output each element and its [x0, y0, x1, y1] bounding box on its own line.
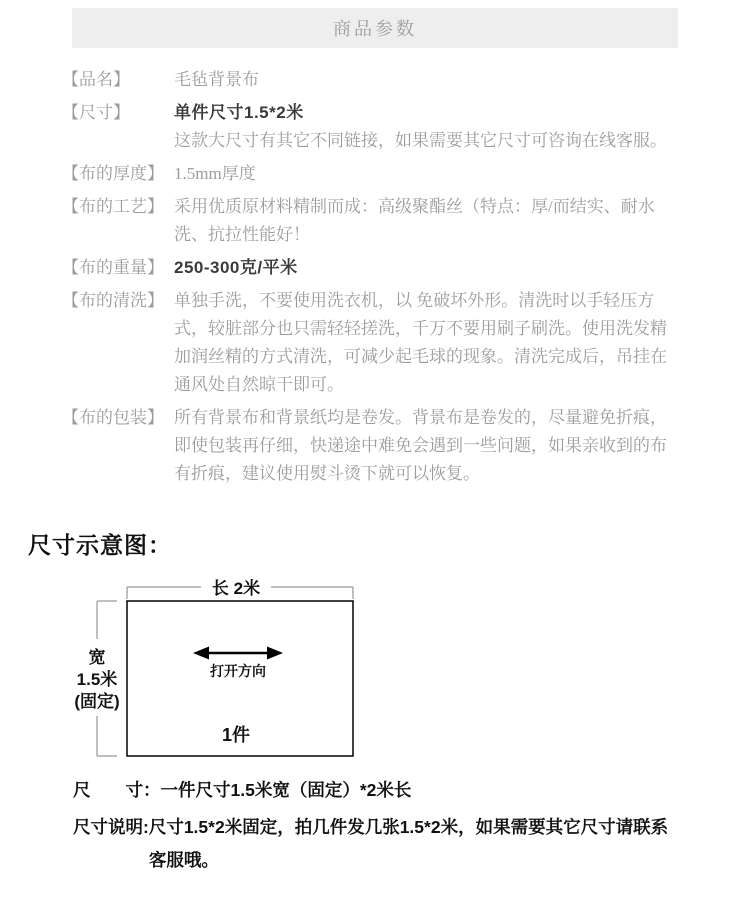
param-row-size: 【尺寸】 单件尺寸1.5*2米 这款大尺寸有其它不同链接，如果需要其它尺寸可咨询… [62, 99, 680, 155]
param-row-weight: 【布的重量】 250-300克/平米 [62, 254, 680, 282]
param-label: 【布的工艺】 [62, 193, 174, 221]
product-params-header: 商品参数 [72, 8, 678, 48]
param-row-washing: 【布的清洗】 单独手洗，不要使用洗衣机，以 免破坏外形。清洗时以手轻压方式，较脏… [62, 287, 680, 399]
param-row-packaging: 【布的包装】 所有背景布和背景纸均是卷发。背景布是卷发的，尽量避免折痕，即使包装… [62, 404, 680, 488]
size-summary-line: 尺 寸： 一件尺寸1.5米宽（固定）*2米长 [73, 776, 698, 804]
width-label-line3: (固定) [74, 691, 119, 711]
param-value: 1.5mm厚度 [174, 160, 680, 188]
param-row-thickness: 【布的厚度】 1.5mm厚度 [62, 160, 680, 188]
size-explanation-value: 尺寸1.5*2米固定，拍几件发几张1.5*2米，如果需要其它尺寸请联系客服哦。 [149, 811, 681, 877]
size-diagram-heading: 尺寸示意图： [28, 527, 172, 560]
parameter-table: 【品名】 毛毡背景布 【尺寸】 单件尺寸1.5*2米 这款大尺寸有其它不同链接，… [62, 66, 680, 493]
product-params-title: 商品参数 [333, 15, 417, 41]
param-value-main: 单件尺寸1.5*2米 [174, 99, 680, 127]
param-label: 【布的清洗】 [62, 287, 174, 315]
size-summary-value: 一件尺寸1.5米宽（固定）*2米长 [161, 776, 412, 804]
piece-count-label: 1件 [222, 724, 250, 745]
param-label: 【布的厚度】 [62, 160, 174, 188]
param-row-craft: 【布的工艺】 采用优质原材料精制而成：高级聚酯丝（特点：厚/而结实、耐水洗、抗拉… [62, 193, 680, 249]
open-direction-label: 打开方向 [210, 663, 266, 679]
width-label-line1: 宽 [89, 647, 106, 667]
param-value: 250-300克/平米 [174, 254, 680, 282]
param-label: 【品名】 [62, 66, 174, 94]
param-value: 采用优质原材料精制而成：高级聚酯丝（特点：厚/而结实、耐水洗、抗拉性能好！ [174, 193, 680, 249]
param-value-note: 这款大尺寸有其它不同链接，如果需要其它尺寸可咨询在线客服。 [174, 127, 680, 155]
param-value: 单件尺寸1.5*2米 这款大尺寸有其它不同链接，如果需要其它尺寸可咨询在线客服。 [174, 99, 680, 155]
size-notes: 尺 寸： 一件尺寸1.5米宽（固定）*2米长 尺寸说明: 尺寸1.5*2米固定，… [73, 776, 698, 877]
param-value: 所有背景布和背景纸均是卷发。背景布是卷发的，尽量避免折痕，即使包装再仔细，快递途… [174, 404, 680, 488]
param-value: 单独手洗，不要使用洗衣机，以 免破坏外形。清洗时以手轻压方式，较脏部分也只需轻轻… [174, 287, 680, 399]
length-label: 长 2米 [212, 578, 260, 598]
size-explanation-label: 尺寸说明: [73, 811, 149, 877]
param-label: 【布的包装】 [62, 404, 174, 432]
param-label: 【布的重量】 [62, 254, 174, 282]
param-label: 【尺寸】 [62, 99, 174, 127]
size-summary-label: 尺 寸： [73, 776, 161, 804]
size-explanation-line: 尺寸说明: 尺寸1.5*2米固定，拍几件发几张1.5*2米，如果需要其它尺寸请联… [73, 811, 698, 877]
param-value: 毛毡背景布 [174, 66, 680, 94]
param-row-name: 【品名】 毛毡背景布 [62, 66, 680, 94]
size-diagram: 长 2米 宽 1.5米 (固定) 打开方向 1件 [60, 573, 440, 773]
width-label-line2: 1.5米 [77, 669, 118, 689]
